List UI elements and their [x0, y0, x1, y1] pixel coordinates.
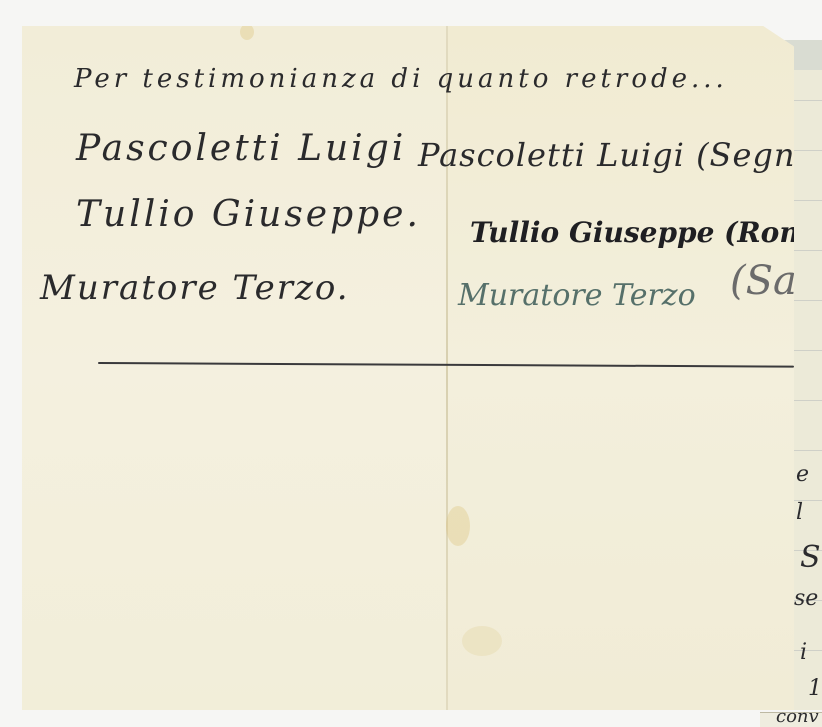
- signature-3: Muratore Terzo: [458, 278, 696, 313]
- underlying-text-fragment: Si: [800, 540, 822, 575]
- signature-1: Pascoletti Luigi (Segno): [418, 136, 822, 174]
- underlying-text-fragment: l: [796, 500, 803, 525]
- underlying-text-fragment: e: [796, 462, 809, 487]
- left-name-1: Pascoletti Luigi: [76, 128, 406, 169]
- document-scan: e l Si se i 1 conv Per testimonianza di …: [0, 0, 822, 727]
- paper-stain: [446, 506, 470, 546]
- left-name-2: Tullio Giuseppe.: [76, 194, 421, 235]
- header-line-text: Per testimonianza di quanto retrode...: [74, 64, 728, 94]
- paper-fold-crease: [446, 26, 448, 710]
- underlying-text-fragment: se: [794, 586, 818, 611]
- folded-paper-sheet: Per testimonianza di quanto retrode... P…: [22, 26, 794, 710]
- underlying-text-fragment: i: [800, 640, 807, 665]
- paper-right-half: [446, 26, 794, 710]
- left-name-3: Muratore Terzo.: [40, 268, 350, 308]
- underlying-text-fragment: 1: [808, 676, 822, 701]
- paper-stain: [462, 626, 502, 656]
- signature-2: Tullio Giuseppe (Romeo): [470, 216, 822, 249]
- paper-stain: [240, 24, 254, 40]
